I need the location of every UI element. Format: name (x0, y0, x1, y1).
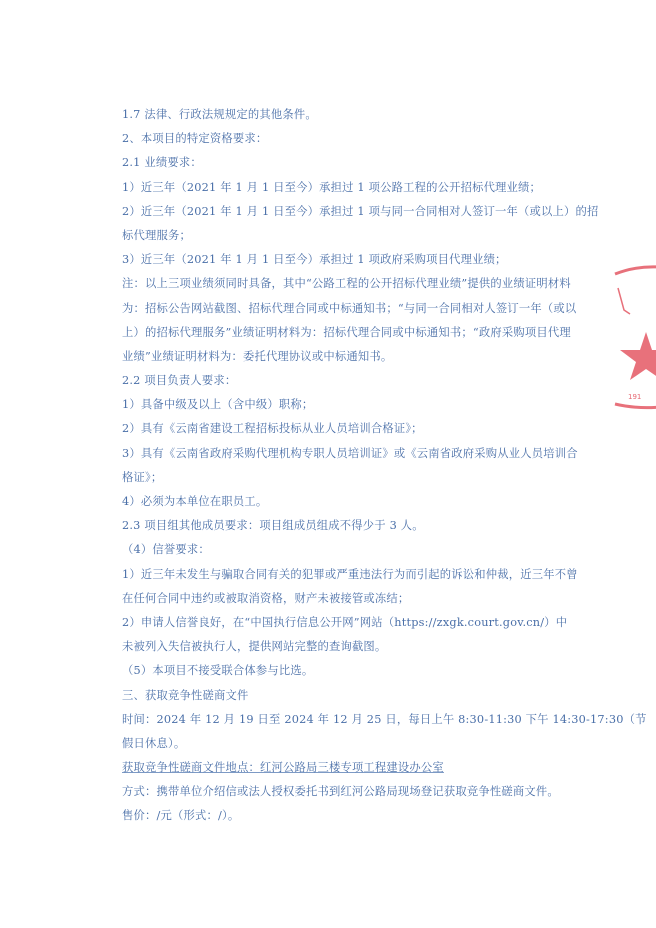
manager-item-1: 1）具备中级及以上（含中级）职称； (122, 396, 596, 420)
credit-item-2-cont: 未被列入失信被执行人，提供网站完整的查询截图。 (122, 638, 596, 662)
manager-item-2: 2）具有《云南省建设工程招标投标从业人员培训合格证》； (122, 420, 596, 444)
clause-2-1-heading: 2.1 业绩要求： (122, 154, 596, 178)
credit-item-2: 2）申请人信誉良好，在“中国执行信息公开网”网站（https://zxgk.co… (122, 614, 596, 638)
clause-2-3: 2.3 项目组其他成员要求：项目组成员组成不得少于 3 人。 (122, 517, 596, 541)
note-line-4: 业绩”业绩证明材料为：委托代理协议或中标通知书。 (122, 348, 596, 372)
acquisition-method: 方式：携带单位介绍信或法人授权委托书到红河公路局现场登记获取竞争性磋商文件。 (122, 783, 596, 807)
credit-item-1: 1）近三年未发生与骗取合同有关的犯罪或严重违法行为而引起的诉讼和仲裁，近三年不曾 (122, 566, 596, 590)
star-icon (620, 332, 656, 380)
clause-2-2-heading: 2.2 项目负责人要求： (122, 372, 596, 396)
note-line-2: 为：招标公告网站截图、招标代理合同或中标通知书；“与同一合同相对人签订一年（或以 (122, 300, 596, 324)
document-body: 1.7 法律、行政法规规定的其他条件。 2、本项目的特定资格要求： 2.1 业绩… (122, 106, 596, 832)
credit-heading: （4）信誉要求： (122, 541, 596, 565)
note-line-3: 上）的招标代理服务”业绩证明材料为：招标代理合同或中标通知书；“政府采购项目代理 (122, 324, 596, 348)
performance-item-3: 3）近三年（2021 年 1 月 1 日至今）承担过 1 项政府采购项目代理业绩… (122, 251, 596, 275)
section-3-heading: 三、获取竞争性磋商文件 (122, 687, 596, 711)
credit-item-1-cont: 在任何合同中违约或被取消资格，财产未被接管或冻结； (122, 590, 596, 614)
acquisition-time-cont: 假日休息）。 (122, 735, 596, 759)
acquisition-time: 时间：2024 年 12 月 19 日至 2024 年 12 月 25 日，每日… (122, 711, 596, 735)
acquisition-location: 获取竞争性磋商文件地点：红河公路局三楼专项工程建设办公室 (122, 759, 596, 783)
price: 售价：/元（形式：/）。 (122, 807, 596, 831)
document-page: 1.7 法律、行政法规规定的其他条件。 2、本项目的特定资格要求： 2.1 业绩… (0, 0, 656, 928)
performance-item-1: 1）近三年（2021 年 1 月 1 日至今）承担过 1 项公路工程的公开招标代… (122, 179, 596, 203)
section-2-heading: 2、本项目的特定资格要求： (122, 130, 596, 154)
note-line-1: 注：以上三项业绩须同时具备，其中“公路工程的公开招标代理业绩”提供的业绩证明材料 (122, 275, 596, 299)
manager-item-3-cont: 格证》； (122, 469, 596, 493)
consortium-clause: （5）本项目不接受联合体参与比选。 (122, 662, 596, 686)
stamp-text: 191 (628, 393, 641, 401)
performance-item-2: 2）近三年（2021 年 1 月 1 日至今）承担过 1 项与同一合同相对人签订… (122, 203, 596, 227)
performance-item-2-cont: 标代理服务； (122, 227, 596, 251)
manager-item-4: 4）必须为本单位在职员工。 (122, 493, 596, 517)
clause-1-7: 1.7 法律、行政法规规定的其他条件。 (122, 106, 596, 130)
manager-item-3: 3）具有《云南省政府采购代理机构专职人员培训证》或《云南省政府采购从业人员培训合 (122, 445, 596, 469)
official-seal-stamp: 191 (610, 262, 656, 412)
